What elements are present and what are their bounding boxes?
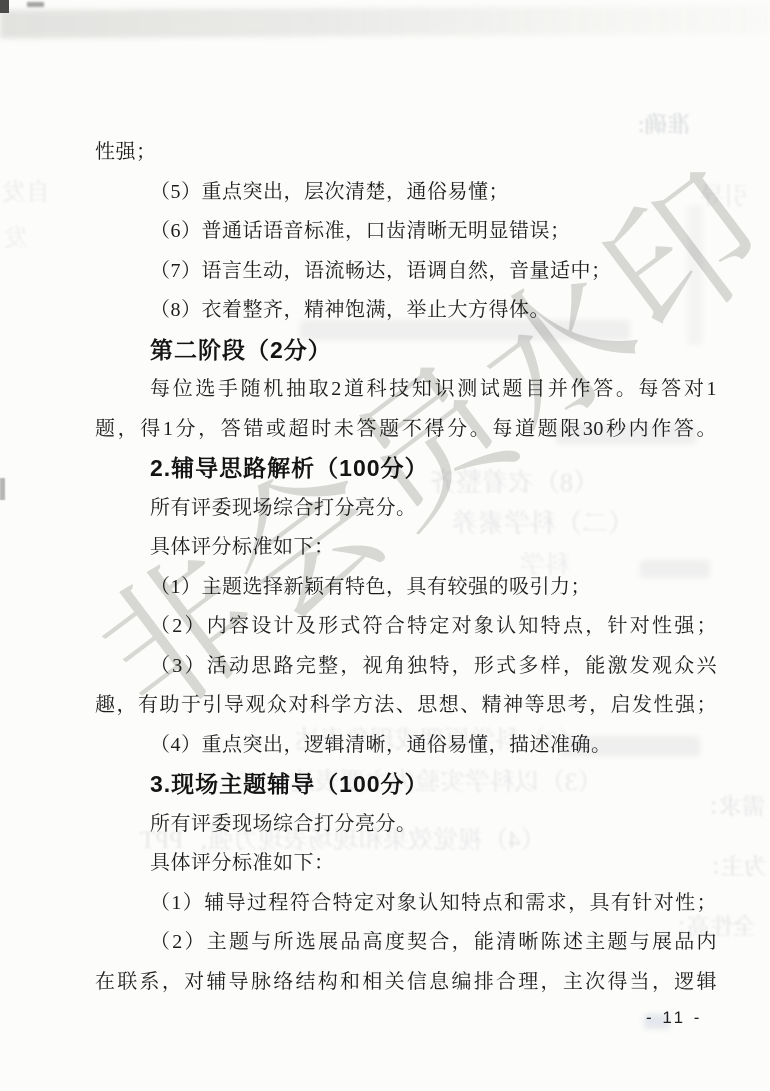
scan-corner-mark [0, 0, 9, 13]
document-body: 性强；（5）重点突出，层次清楚，通俗易懂；（6）普通话语音标准，口齿清晰无明显错… [95, 133, 717, 1002]
text-line: （7）语言生动，语流畅达，语调自然，音量适中； [95, 252, 717, 292]
text-line: 在联系，对辅导脉络结构和相关信息编排合理，主次得当，逻辑 [95, 963, 717, 1003]
text-line: （6）普通话语音标准，口齿清晰无明显错误； [95, 212, 717, 252]
text-line: （1）主题选择新颖有特色，具有较强的吸引力； [95, 568, 717, 608]
text-line: （5）重点突出，层次清楚，通俗易懂； [95, 173, 717, 213]
text-line: （2）内容设计及形式符合特定对象认知特点，针对性强； [95, 607, 717, 647]
text-line: （1）辅导过程符合特定对象认知特点和需求，具有针对性； [95, 884, 717, 924]
text-line: 趣，有助于引导观众对科学方法、思想、精神等思考，启发性强； [95, 686, 717, 726]
scan-edge-nick [0, 478, 5, 500]
text-line: （4）重点突出，逻辑清晰，通俗易懂，描述准确。 [95, 726, 717, 766]
heading-line: 第二阶段（2分） [95, 331, 717, 371]
bleedthrough-fragment: 发 [4, 218, 28, 253]
heading-line: 3.现场主题辅导（100分） [95, 765, 717, 805]
text-line: 所有评委现场综合打分亮分。 [95, 489, 717, 529]
scan-page: 准确:引导自发发（8）衣着整齐（二）科学素养科学（2）科学原理或现象表达（3）以… [0, 0, 770, 1091]
text-line: 所有评委现场综合打分亮分。 [95, 805, 717, 845]
text-line: 具体评分标准如下： [95, 844, 717, 884]
text-line: （8）衣着整齐，精神饱满，举止大方得体。 [95, 291, 717, 331]
scan-top-shadow [0, 6, 770, 39]
text-line: 题，得1分，答错或超时未答题不得分。每道题限30秒内作答。 [95, 410, 717, 450]
text-line: 每位选手随机抽取2道科技知识测试题目并作答。每答对1 [95, 370, 717, 410]
heading-line: 2.辅导思路解析（100分） [95, 449, 717, 489]
text-line: （2）主题与所选展品高度契合，能清晰陈述主题与展品内 [95, 923, 717, 963]
page-number: - 11 - [646, 1008, 702, 1028]
text-line: （3）活动思路完整，视角独特，形式多样，能激发观众兴 [95, 647, 717, 687]
text-line: 具体评分标准如下： [95, 528, 717, 568]
scan-corner-dash [27, 2, 44, 7]
bleedthrough-fragment: 自发 [2, 172, 50, 207]
text-line: 性强； [95, 133, 717, 173]
